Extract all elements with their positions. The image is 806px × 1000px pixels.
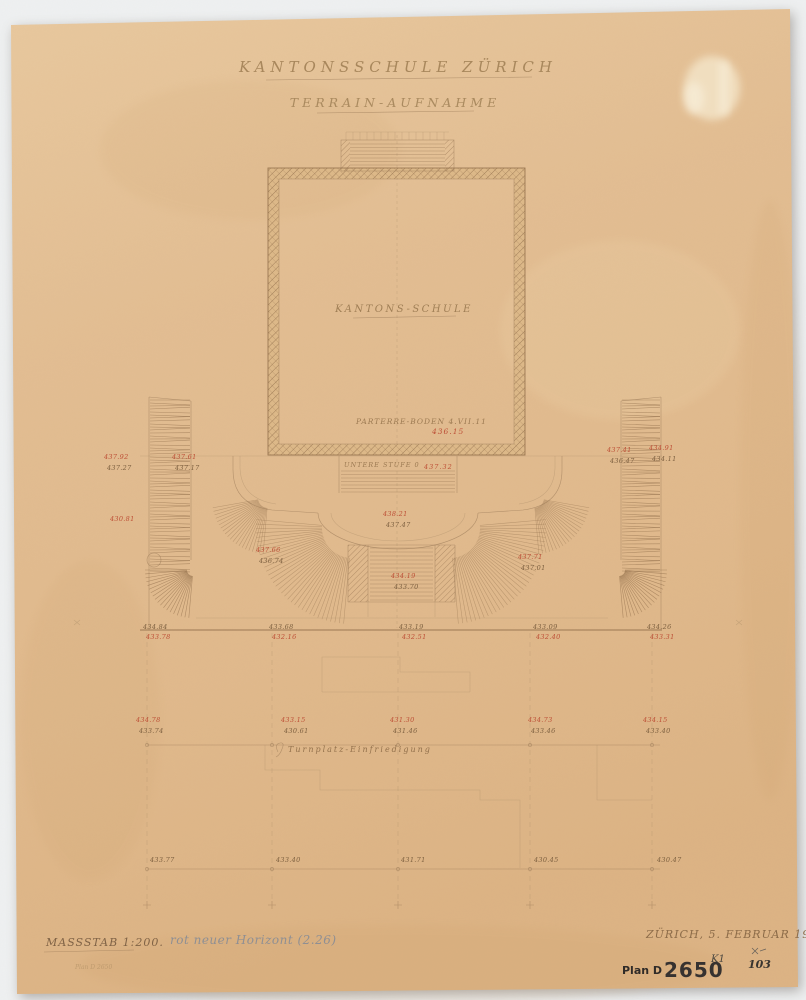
elevation-label: 437.17 — [174, 464, 200, 472]
elevation-label: 437.66 — [255, 546, 281, 554]
elevation-label: 430.81 — [109, 515, 135, 523]
elevation-label: 437.61 — [171, 453, 197, 461]
elevation-label: 434.11 — [651, 455, 677, 463]
elevation-label: 438.21 — [382, 510, 408, 518]
stair-wall-right — [435, 545, 455, 602]
sheet-title: KANTONSSCHULE ZÜRICH — [238, 58, 557, 76]
elevation-label: 432.16 — [271, 633, 297, 641]
elevation-label: 434.15 — [642, 716, 668, 724]
elevation-label: 434.73 — [527, 716, 553, 724]
ghost-stamp: Plan D 2650 — [74, 964, 112, 971]
building-label: KANTONS-SCHULE — [334, 304, 473, 315]
elevation-label: 433.74 — [138, 727, 164, 735]
elevation-label: 433.46 — [530, 727, 556, 735]
scanned-plan-sheet: 437.92437.27437.61437.17437.41436.47434.… — [0, 0, 806, 1000]
elevation-label: 434.26 — [646, 623, 672, 631]
elevation-label: 433.68 — [268, 623, 294, 631]
elevation-label: 434.84 — [142, 623, 168, 631]
elevation-label: 431.30 — [389, 716, 415, 724]
elevation-label: 437.27 — [106, 464, 132, 472]
scan-backdrop: 437.92437.27437.61437.17437.41436.47434.… — [0, 0, 806, 1000]
archive-mark-right: 103 — [748, 958, 771, 971]
elevation-label: 437.92 — [103, 453, 129, 461]
stain — [740, 200, 800, 800]
elevation-label: 433.19 — [398, 623, 424, 631]
pencil-note: rot neuer Horizont (2.26) — [170, 933, 337, 947]
elevation-label: 437.01 — [520, 564, 546, 572]
elevation-label: 430.47 — [656, 856, 682, 864]
elevation-label: 433.40 — [645, 727, 671, 735]
archive-mark-left: K1 — [710, 954, 725, 965]
elevation-label: 434.19 — [390, 572, 416, 580]
elevation-label: 433.77 — [149, 856, 175, 864]
stain — [684, 82, 704, 114]
elevation-label: 432.40 — [535, 633, 561, 641]
elevation-label: 433.40 — [275, 856, 301, 864]
entrance-wall-right — [445, 140, 454, 171]
stain — [719, 62, 728, 114]
elevation-label: 437.71 — [517, 553, 543, 561]
sheet-subtitle: TERRAIN-AUFNAHME — [290, 95, 500, 110]
elevation-label: 431.71 — [400, 856, 426, 864]
elevation-label: 433.78 — [145, 633, 171, 641]
elevation-label: 433.15 — [280, 716, 306, 724]
elevation-label: 436.47 — [609, 457, 635, 465]
elevation-label: 436.74 — [258, 557, 284, 565]
fence-label: Turnplatz-Einfriedigung — [288, 745, 432, 754]
scale-label: MASSSTAB 1:200. — [45, 936, 164, 949]
parterre-note: PARTERRE-BODEN 4.VII.11 — [355, 417, 487, 426]
elevation-label: 433.70 — [393, 583, 419, 591]
step-level-red: 437.32 — [423, 463, 453, 471]
elevation-label: 430.61 — [283, 727, 309, 735]
step-note: UNTERE STUFE 0 — [344, 461, 420, 469]
parterre-level-red: 436.15 — [431, 427, 464, 436]
elevation-label: 432.51 — [401, 633, 427, 641]
elevation-label: 437.41 — [606, 446, 632, 454]
entrance-wall-left — [341, 140, 350, 171]
stain — [500, 240, 740, 420]
plan-stamp-prefix: Plan D — [622, 964, 662, 977]
elevation-label: 433.09 — [532, 623, 558, 631]
date-label: ZÜRICH, 5. FEBRUAR 1901 — [645, 927, 806, 941]
elevation-label: 433.31 — [649, 633, 675, 641]
elevation-label: 434.78 — [135, 716, 161, 724]
elevation-label: 430.45 — [533, 856, 559, 864]
elevation-label: 437.47 — [385, 521, 411, 529]
elevation-label: 431.46 — [392, 727, 418, 735]
stair-wall-left — [348, 545, 368, 602]
elevation-label: 434.91 — [648, 444, 674, 452]
